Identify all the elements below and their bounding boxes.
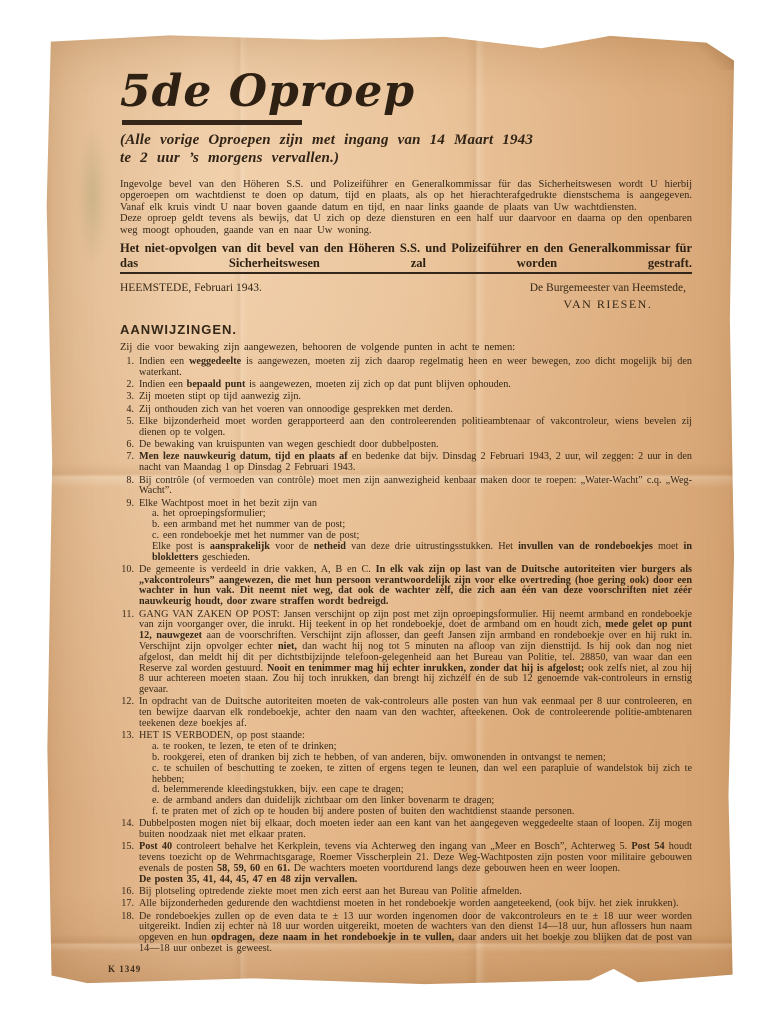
item-number: 11. xyxy=(116,610,139,696)
list-item: 17.Alle bijzonderheden gedurende den wac… xyxy=(116,899,692,910)
item-text: De rondeboekjes zullen op de even data t… xyxy=(139,912,692,955)
item-number: 17. xyxy=(116,899,139,910)
list-item: 14.Dubbelposten mogen niet bij elkaar, d… xyxy=(116,819,692,841)
item-text: Indien een bepaald punt is aangewezen, m… xyxy=(139,380,692,391)
list-item: 16.Bij plotseling optredende ziekte moet… xyxy=(116,887,692,898)
item-number: 4. xyxy=(116,405,139,416)
subtitle-line-2: te 2 uur ’s morgens vervallen.) xyxy=(120,149,550,167)
print-code: K 1349 xyxy=(108,964,692,974)
document-content: 5de Oproep (Alle vorige Oproepen zijn me… xyxy=(120,70,692,974)
list-item: 18.De rondeboekjes zullen op de even dat… xyxy=(116,912,692,955)
dateline: HEEMSTEDE, Februari 1943. De Burgemeeste… xyxy=(120,282,692,312)
item-text: Dubbelposten mogen niet bij elkaar, doch… xyxy=(139,819,692,841)
signature-office: De Burgemeester van Heemstede, xyxy=(530,282,686,294)
intro-paragraph-1: Ingevolge bevel van den Höheren S.S. und… xyxy=(120,179,692,213)
list-item: 6.De bewaking van kruispunten van wegen … xyxy=(116,440,692,451)
list-item: 3.Zij moeten stipt op tijd aanwezig zijn… xyxy=(116,392,692,403)
ink-smudge xyxy=(78,126,108,266)
item-text: Zij onthouden zich van het voeren van on… xyxy=(139,405,692,416)
list-item: 4.Zij onthouden zich van het voeren van … xyxy=(116,405,692,416)
document-title: 5de Oproep xyxy=(120,70,692,114)
item-number: 3. xyxy=(116,392,139,403)
item-text: HET IS VERBODEN, op post staande:a. te r… xyxy=(139,731,692,817)
item-text: Elke Wachtpost moet in het bezit zijn va… xyxy=(139,499,692,564)
list-item: 7.Men leze nauwkeurig datum, tijd en pla… xyxy=(116,452,692,474)
item-number: 9. xyxy=(116,499,139,564)
item-text: Men leze nauwkeurig datum, tijd en plaat… xyxy=(139,452,692,474)
item-number: 7. xyxy=(116,452,139,474)
list-item: 1.Indien een weggedeelte is aangewezen, … xyxy=(116,357,692,379)
item-text: Elke bijzonderheid moet worden gerapport… xyxy=(139,417,692,439)
item-number: 18. xyxy=(116,912,139,955)
list-item: 15.Post 40 controleert behalve het Kerkp… xyxy=(116,842,692,885)
item-text: Alle bijzonderheden gedurende den wachtd… xyxy=(139,899,692,910)
subtitle-line-1: (Alle vorige Oproepen zijn met ingang va… xyxy=(120,131,550,149)
document-subtitle: (Alle vorige Oproepen zijn met ingang va… xyxy=(120,131,550,167)
list-item: 11.GANG VAN ZAKEN OP POST: Jansen versch… xyxy=(116,610,692,696)
list-item: 8.Bij contrôle (of vermoeden van contrôl… xyxy=(116,476,692,498)
item-text: In opdracht van de Duitsche autoriteiten… xyxy=(139,697,692,729)
item-number: 12. xyxy=(116,697,139,729)
title-rule xyxy=(122,120,302,125)
item-number: 16. xyxy=(116,887,139,898)
item-number: 13. xyxy=(116,731,139,817)
signature-block: De Burgemeester van Heemstede, VAN RIESE… xyxy=(530,282,686,312)
item-text: De bewaking van kruispunten van wegen ge… xyxy=(139,440,692,451)
item-text: Bij plotseling optredende ziekte moet me… xyxy=(139,887,692,898)
signature-name: VAN RIESEN. xyxy=(530,297,686,312)
item-number: 6. xyxy=(116,440,139,451)
corner-fold xyxy=(688,38,734,70)
item-text: GANG VAN ZAKEN OP POST: Jansen verschijn… xyxy=(139,610,692,696)
item-text: Post 40 controleert behalve het Kerkplei… xyxy=(139,842,692,885)
list-item: 9.Elke Wachtpost moet in het bezit zijn … xyxy=(116,499,692,564)
list-item: 10.De gemeente is verdeeld in drie vakke… xyxy=(116,565,692,608)
list-item: 12.In opdracht van de Duitsche autoritei… xyxy=(116,697,692,729)
list-item: 2.Indien een bepaald punt is aangewezen,… xyxy=(116,380,692,391)
intro-paragraph-2: Deze oproep geldt tevens als bewijs, dat… xyxy=(120,213,692,236)
list-item: 5.Elke bijzonderheid moet worden gerappo… xyxy=(116,417,692,439)
item-text: De gemeente is verdeeld in drie vakken, … xyxy=(139,565,692,608)
list-item: 13.HET IS VERBODEN, op post staande:a. t… xyxy=(116,731,692,817)
instructions-heading: AANWIJZINGEN. xyxy=(120,322,692,337)
item-number: 1. xyxy=(116,357,139,379)
item-text: Bij contrôle (of vermoeden van contrôle)… xyxy=(139,476,692,498)
instruction-list: 1.Indien een weggedeelte is aangewezen, … xyxy=(116,357,692,955)
item-number: 14. xyxy=(116,819,139,841)
item-number: 10. xyxy=(116,565,139,608)
item-number: 8. xyxy=(116,476,139,498)
instructions-intro: Zij die voor bewaking zijn aangewezen, b… xyxy=(120,342,692,353)
warning-statement: Het niet-opvolgen van dit bevel van den … xyxy=(120,241,692,274)
item-number: 15. xyxy=(116,842,139,885)
place-date: HEEMSTEDE, Februari 1943. xyxy=(120,282,262,294)
document-paper: 5de Oproep (Alle vorige Oproepen zijn me… xyxy=(46,34,734,986)
item-text: Zij moeten stipt op tijd aanwezig zijn. xyxy=(139,392,692,403)
item-number: 2. xyxy=(116,380,139,391)
item-text: Indien een weggedeelte is aangewezen, mo… xyxy=(139,357,692,379)
item-number: 5. xyxy=(116,417,139,439)
